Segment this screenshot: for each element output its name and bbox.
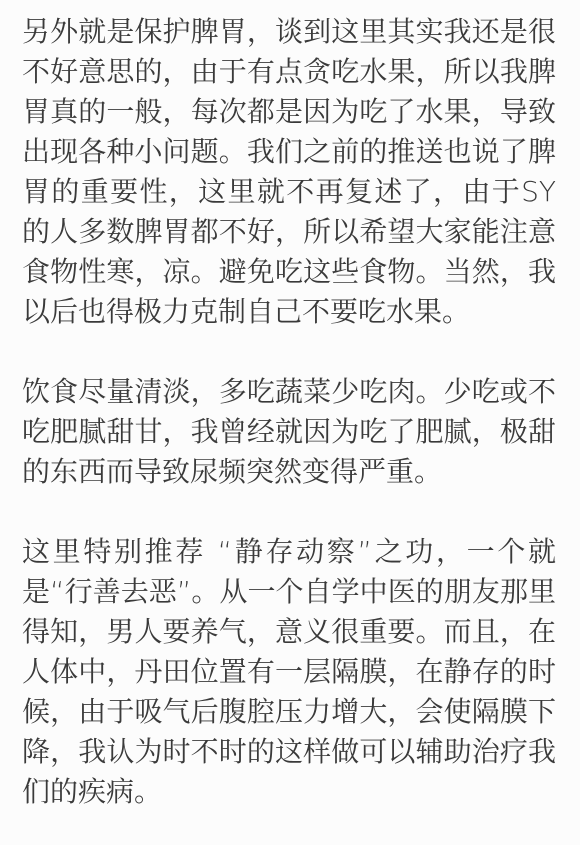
article-body: 另外就是保护脾胃，谈到这里其实我还是很不好意思的，由于有点贪吃水果，所以我脾胃真… [0,0,580,842]
paragraph-spleen-stomach: 另外就是保护脾胃，谈到这里其实我还是很不好意思的，由于有点贪吃水果，所以我脾胃真… [22,12,556,332]
paragraph-diet: 饮食尽量清淡，多吃蔬菜少吃肉。少吃或不吃肥腻甜甘，我曾经就因为吃了肥腻，极甜的东… [22,372,556,492]
article-page: 另外就是保护脾胃，谈到这里其实我还是很不好意思的，由于有点贪吃水果，所以我脾胃真… [0,0,580,845]
paragraph-recommendation: 这里特别推荐 “静存动察”之功，一个就是“行善去恶”。从一个自学中医的朋友那里得… [22,532,556,812]
